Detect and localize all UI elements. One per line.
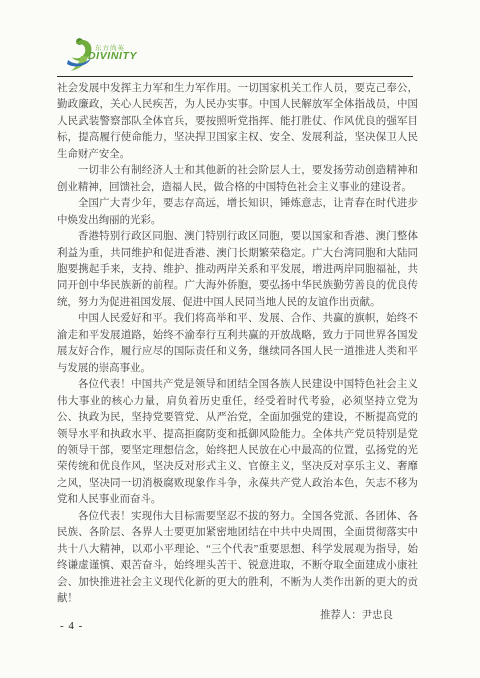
document-page: 东方尚英 DIVINITY 社会发展中发挥主力军和生力军作用。一切国家机关工作人…	[0, 0, 480, 678]
header-divider	[57, 76, 413, 77]
recommender-signature: 推荐人：尹忠良	[57, 608, 418, 624]
brand-name-english: DIVINITY	[88, 50, 137, 62]
paragraph-4: 香港特别行政区同胞、澳门特别行政区同胞，要以国家和香港、澳门整体利益为重，共同维…	[57, 229, 418, 311]
paragraph-5: 中国人民爱好和平。我们将高举和平、发展、合作、共赢的旗帜，始终不渝走和平发展道路…	[57, 311, 418, 377]
paragraph-6: 各位代表！中国共产党是领导和团结全国各族人民建设中国特色社会主义伟大事业的核心力…	[57, 377, 418, 509]
page-number: - 4 -	[60, 620, 83, 632]
paragraph-3: 全国广大青少年，要志存高远，增长知识，锤炼意志，让青春在时代进步中焕发出绚丽的光…	[57, 196, 418, 229]
paragraph-7: 各位代表！实现伟大目标需要坚忍不拔的努力。全国各党派、各团体、各民族、各阶层、各…	[57, 509, 418, 608]
paragraph-1: 社会发展中发挥主力军和生力军作用。一切国家机关工作人员，要克己奉公，勤政廉政，关…	[57, 81, 418, 163]
divinity-logo: 东方尚英 DIVINITY	[62, 31, 172, 75]
document-body: 社会发展中发挥主力军和生力军作用。一切国家机关工作人员，要克己奉公，勤政廉政，关…	[57, 81, 418, 624]
paragraph-2: 一切非公有制经济人士和其他新的社会阶层人士，要发扬劳动创造精神和创业精神，回馈社…	[57, 163, 418, 196]
